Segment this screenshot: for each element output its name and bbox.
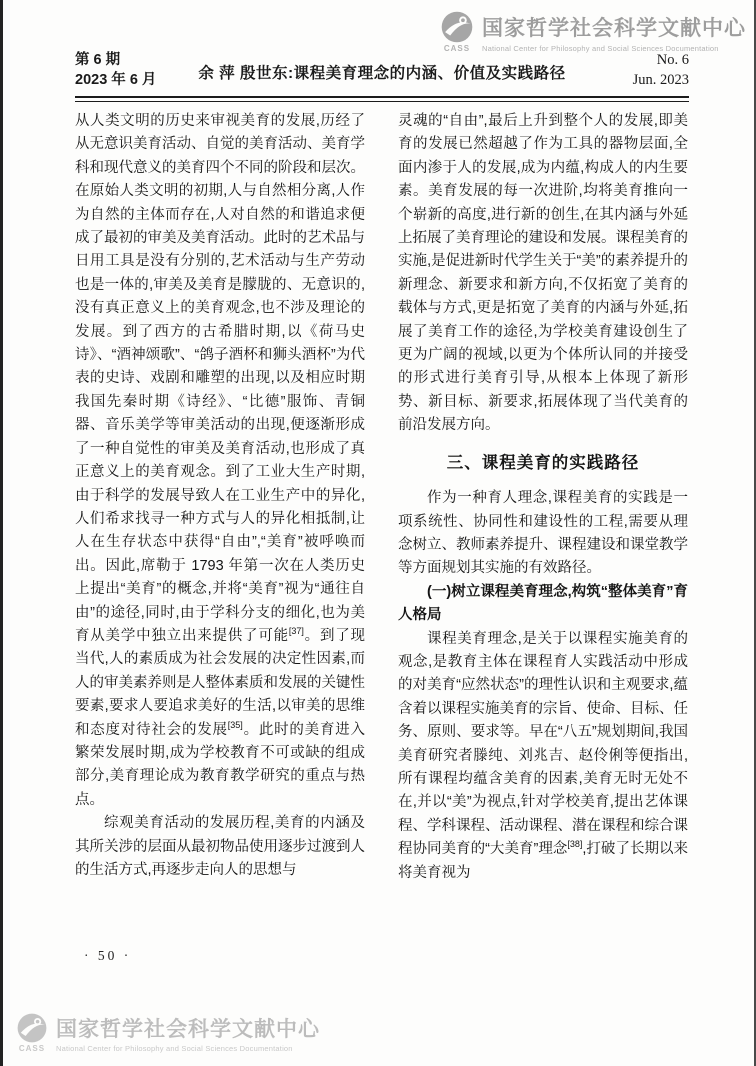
running-title: 余 萍 殷世东:课程美育理念的内涵、价值及实践路径: [185, 50, 579, 83]
issue-date-cn: 2023 年 6 月: [75, 70, 185, 90]
citation-reference: [38]: [567, 839, 582, 849]
journal-page: 国家哲学社会科学文献中心 CASS National Center for Ph…: [0, 0, 756, 1066]
left-column: 从人类文明的历史来审视美育的发展,历经了从无意识美育活动、自觉的美育活动、美育学…: [75, 110, 365, 885]
issue-date-en: Jun. 2023: [579, 70, 689, 90]
header-double-rule: [75, 96, 689, 102]
subsection-heading: (一)树立课程美育理念,构筑“整体美育”育人格局: [398, 581, 688, 628]
paragraph: 灵魂的“自由”,最后上升到整个人的发展,即美育的发展已然超越了作为工具的器物层面…: [398, 110, 688, 438]
page-number: · 50 ·: [84, 948, 131, 964]
journal-header: 第 6 期 2023 年 6 月 余 萍 殷世东:课程美育理念的内涵、价值及实践…: [75, 50, 689, 90]
article-body: 从人类文明的历史来审视美育的发展,历经了从无意识美育活动、自觉的美育活动、美育学…: [75, 110, 689, 885]
paragraph: 课程美育理念,是关于以课程实施美育的观念,是教育主体在课程育人实践活动中形成的对…: [398, 628, 688, 885]
cass-name-cn: 国家哲学社会科学文献中心: [56, 1013, 320, 1043]
section-heading: 三、课程美育的实践路径: [398, 452, 688, 475]
issue-block-cn: 第 6 期 2023 年 6 月: [75, 50, 185, 90]
issue-number-en: No. 6: [579, 50, 689, 70]
scan-edge-left: [0, 0, 3, 1066]
paragraph: 综观美育活动的发展历程,美育的内涵及其所关涉的层面从最初物品使用逐步过渡到人的生…: [75, 812, 365, 882]
cass-name-en: National Center for Philosophy and Socia…: [56, 1044, 320, 1053]
issue-number-cn: 第 6 期: [75, 50, 185, 70]
cass-watermark-bottom: 国家哲学社会科学文献中心 CASS National Center for Ph…: [16, 1012, 320, 1053]
right-column: 灵魂的“自由”,最后上升到整个人的发展,即美育的发展已然超越了作为工具的器物层面…: [398, 110, 688, 885]
issue-block-en: No. 6 Jun. 2023: [579, 50, 689, 90]
cass-watermark-top: 国家哲学社会科学文献中心 CASS National Center for Ph…: [440, 10, 746, 53]
cass-name-cn: 国家哲学社会科学文献中心: [482, 12, 746, 42]
cass-abbr: CASS: [16, 1044, 48, 1053]
citation-reference: [37]: [289, 626, 304, 636]
paragraph: 从人类文明的历史来审视美育的发展,历经了从无意识美育活动、自觉的美育活动、美育学…: [75, 110, 365, 812]
citation-reference: [35]: [228, 720, 243, 730]
paragraph: 作为一种育人理念,课程美育的实践是一项系统性、协同性和建设性的工程,需要从理念树…: [398, 487, 688, 581]
cass-logo-icon: [16, 1012, 48, 1044]
cass-logo-icon: [440, 10, 474, 44]
